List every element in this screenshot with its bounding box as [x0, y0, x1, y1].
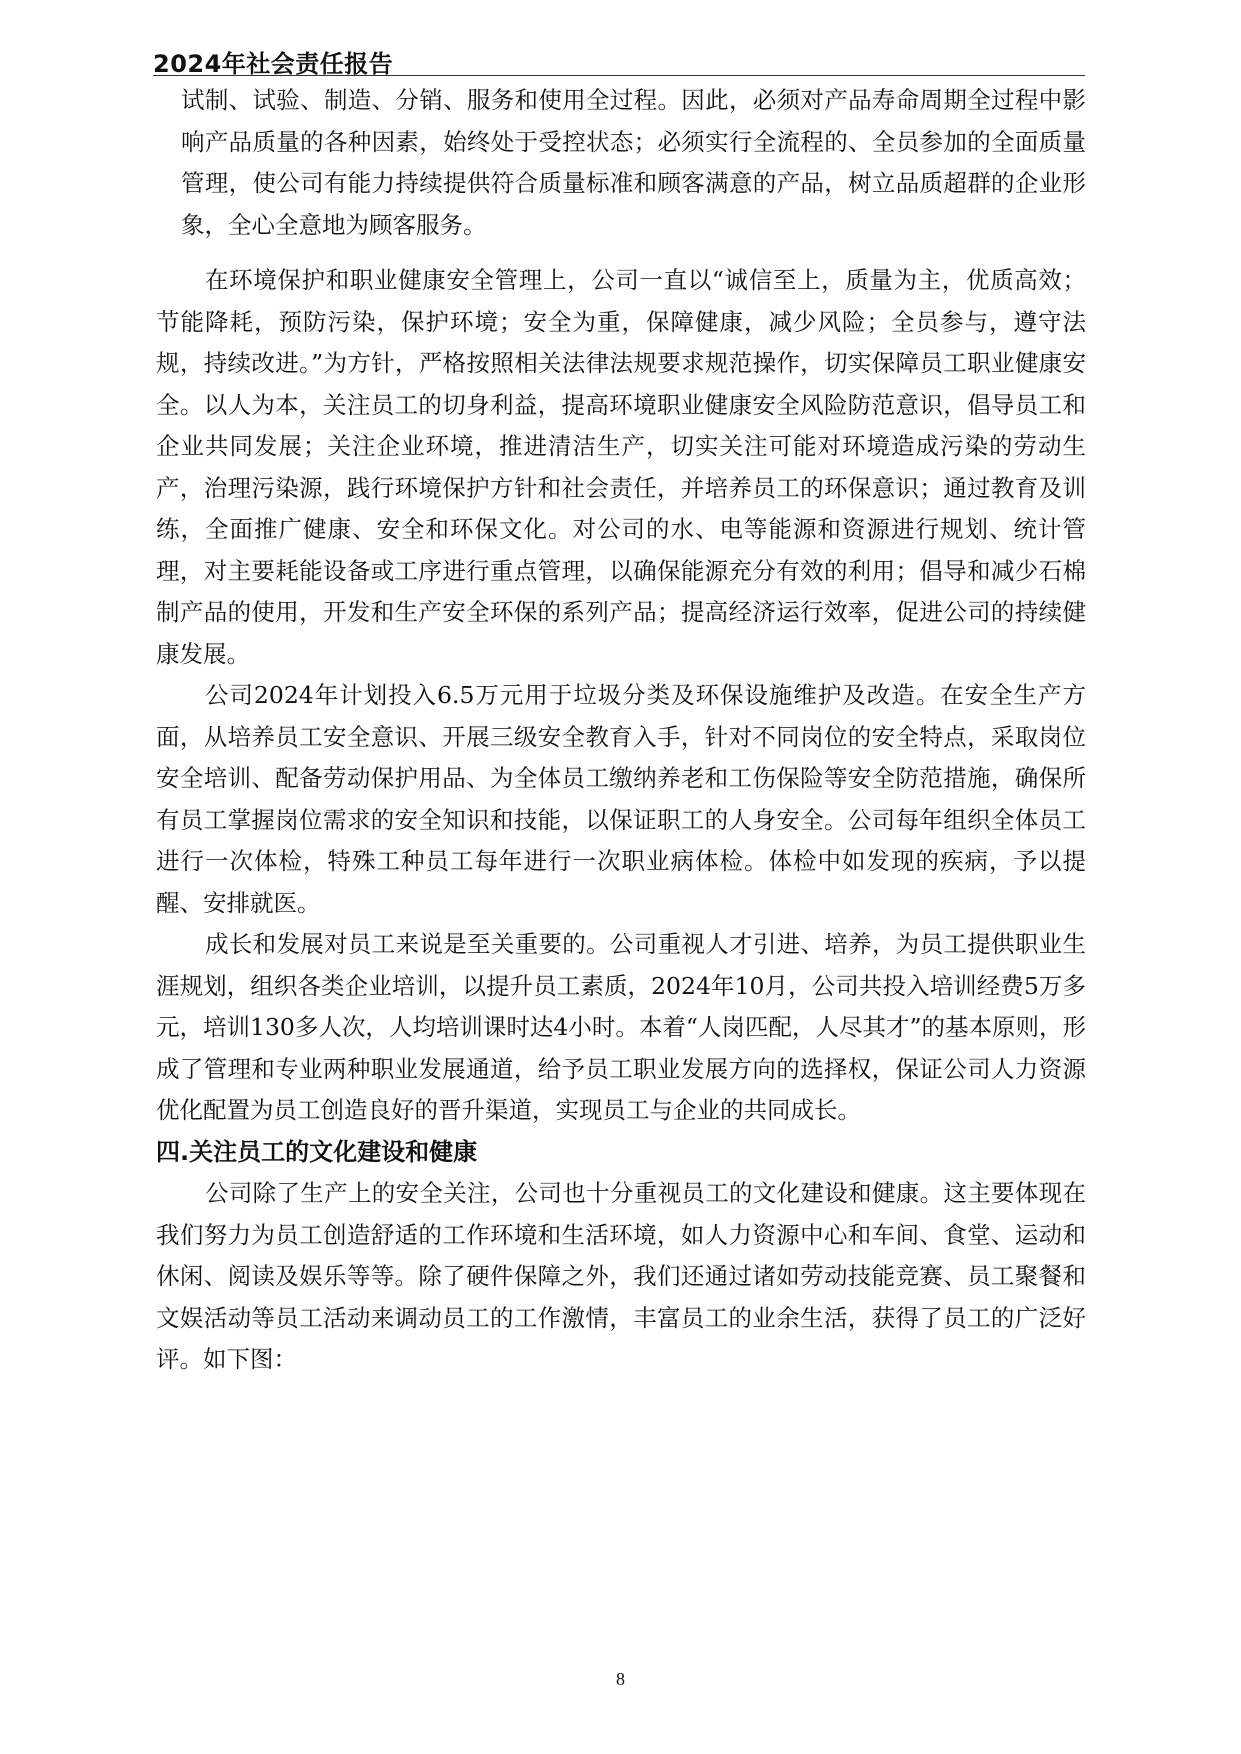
document-body: 试制、试验、制造、分销、服务和使用全过程。因此，必须对产品寿命周期全过程中影响产…: [156, 80, 1086, 1381]
paragraph-environment-health-safety: 在环境保护和职业健康安全管理上，公司一直以“诚信至上，质量为主，优质高效；节能降…: [156, 260, 1086, 675]
paragraph-employee-development: 成长和发展对员工来说是至关重要的。公司重视人才引进、培养，为员工提供职业生涯规划…: [156, 924, 1086, 1132]
page-number: 8: [0, 1669, 1241, 1690]
paragraph-employee-culture: 公司除了生产上的安全关注，公司也十分重视员工的文化建设和健康。这主要体现在我们努…: [156, 1173, 1086, 1381]
report-title: 2024年社会责任报告: [153, 44, 393, 79]
paragraph-safety-investment: 公司2024年计划投入6.5万元用于垃圾分类及环保设施维护及改造。在安全生产方面…: [156, 675, 1086, 924]
paragraph-quality-management: 试制、试验、制造、分销、服务和使用全过程。因此，必须对产品寿命周期全过程中影响产…: [156, 80, 1086, 246]
section-heading: 四.关注员工的文化建设和健康: [156, 1132, 1086, 1174]
page-header: 2024年社会责任报告: [153, 40, 1085, 76]
